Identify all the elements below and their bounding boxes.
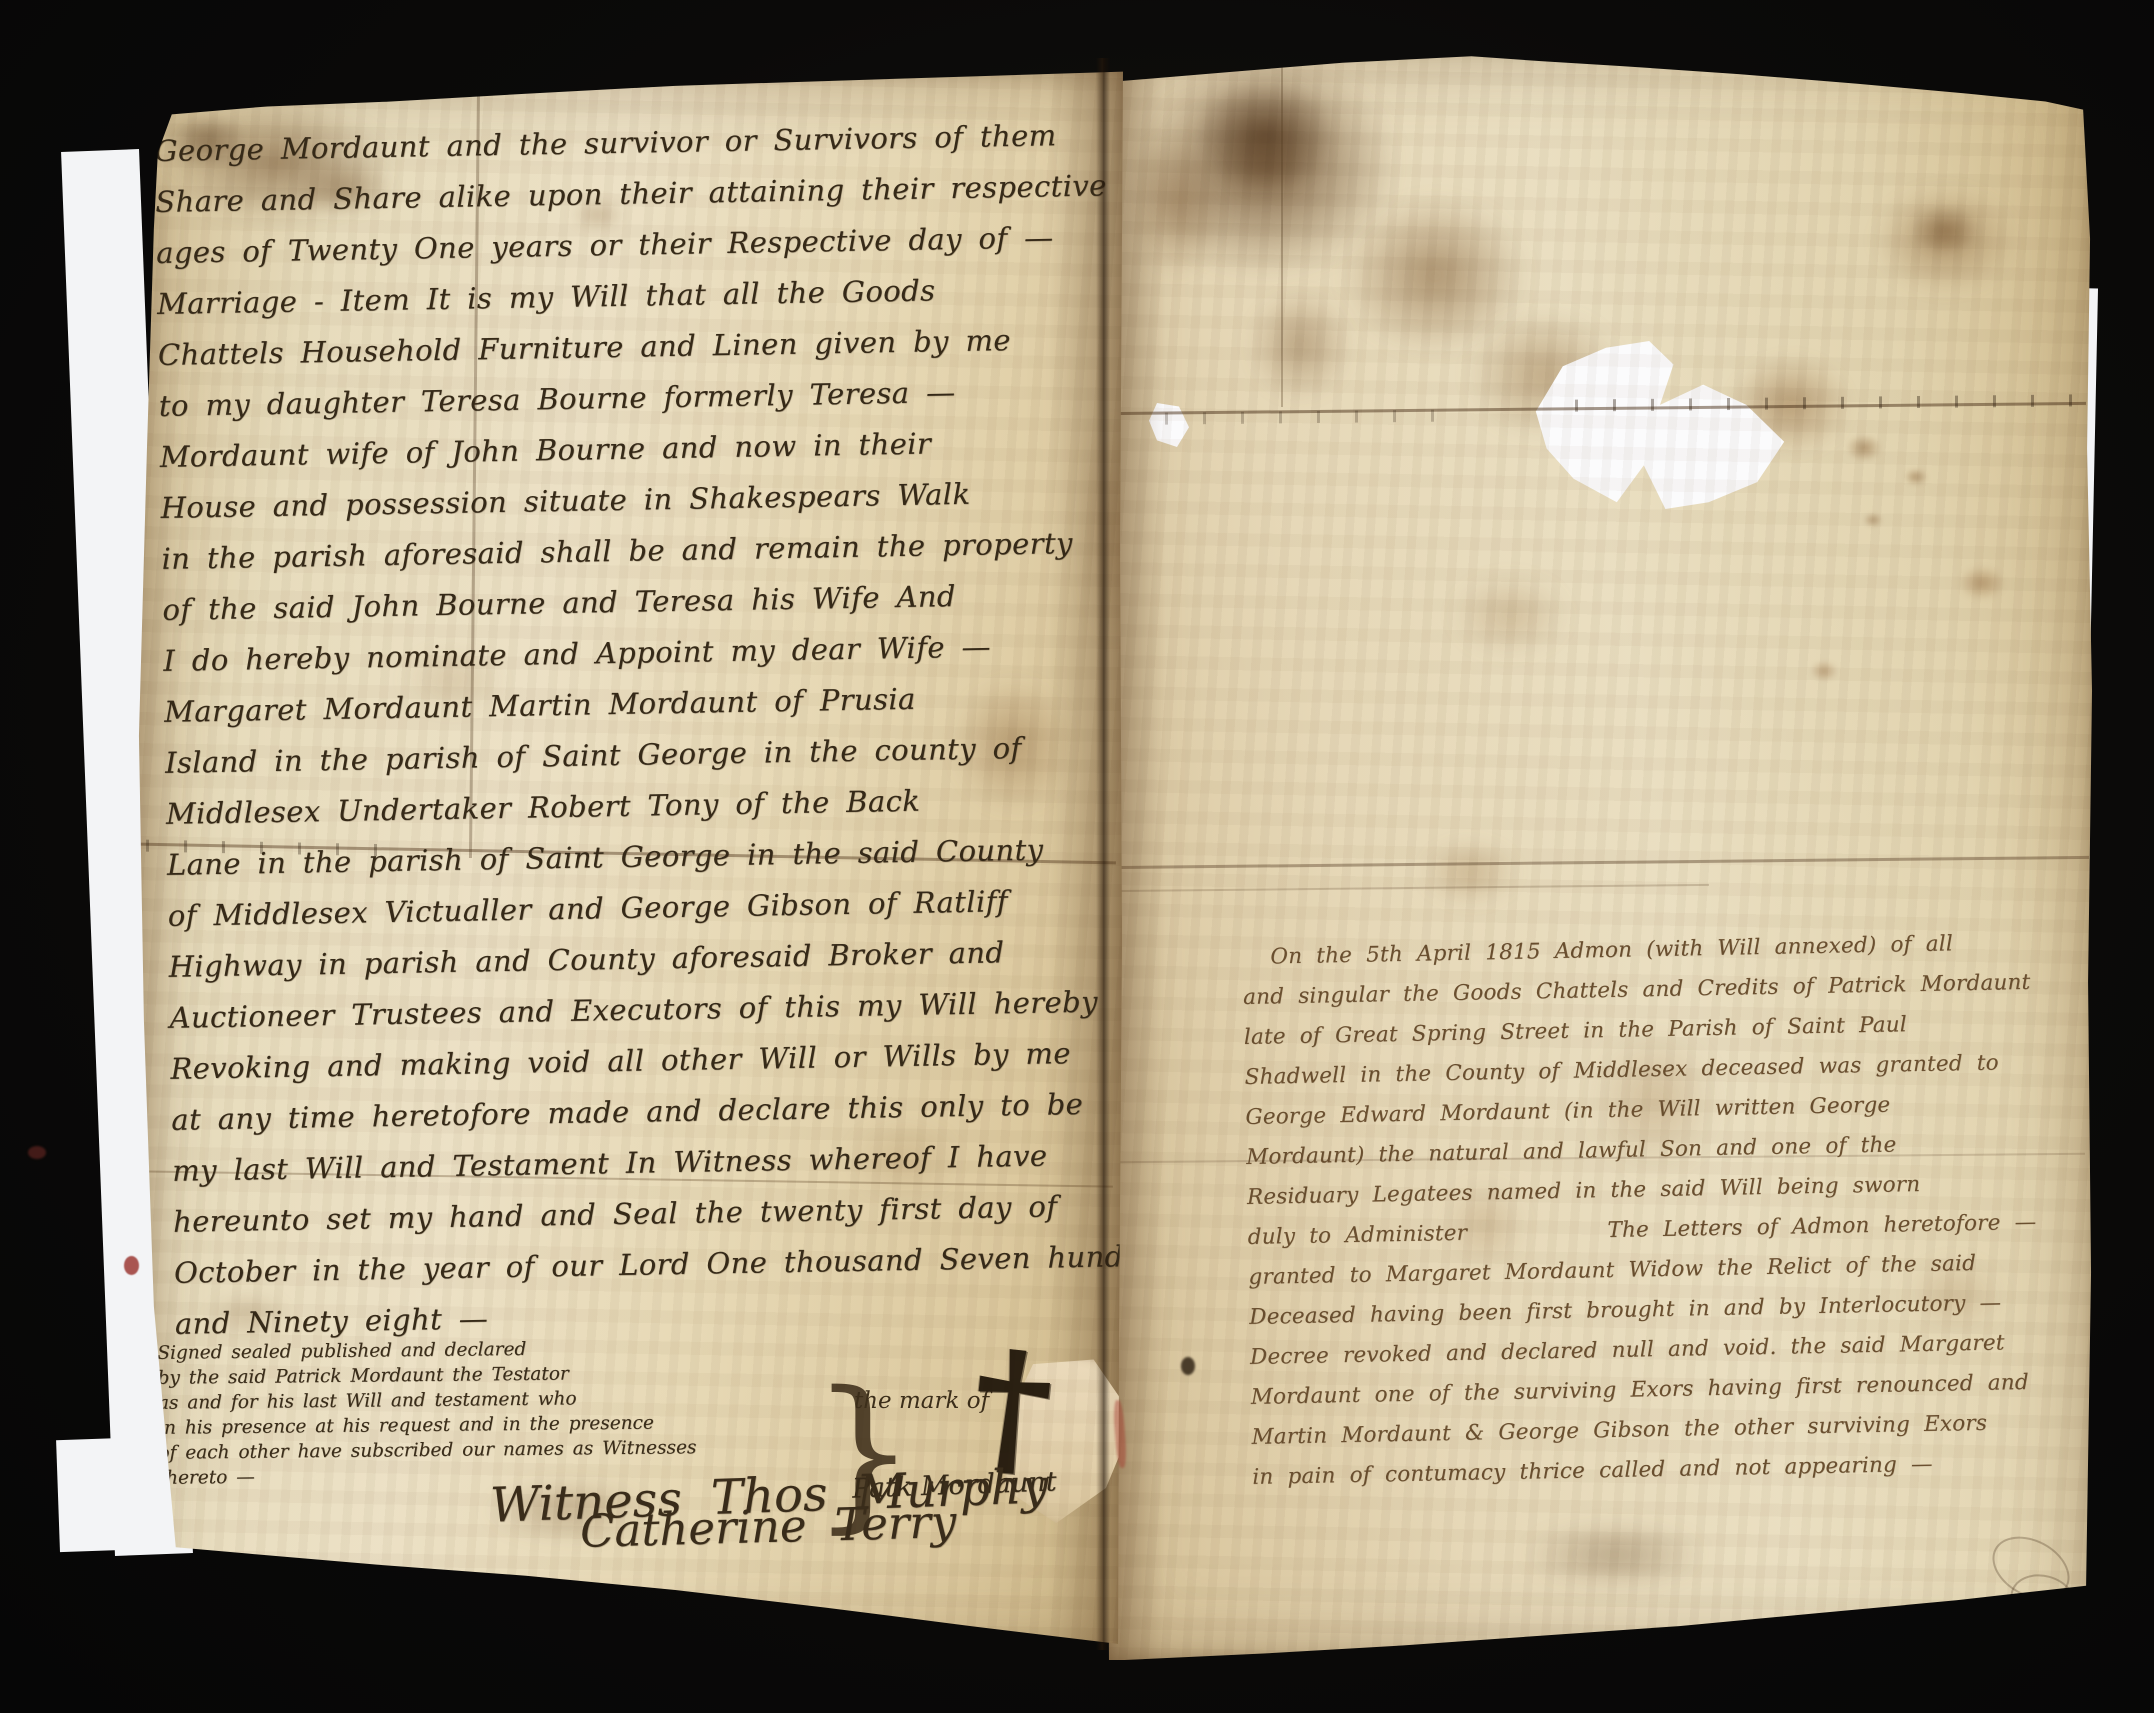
backing-sheet-left-corner <box>56 1436 185 1552</box>
stain <box>1105 105 1245 305</box>
stain <box>1840 430 1888 466</box>
red-mark <box>124 1256 139 1275</box>
attestation-clause: Signed sealed published and declared by … <box>157 1335 697 1491</box>
torn-hole-large <box>1525 341 1795 509</box>
manuscript-right-page: On the 5th April 1815 Admon (with Will a… <box>1105 45 2095 1660</box>
fold-crease-horizontal-right-page-middle-2 <box>1109 884 1709 892</box>
stain <box>1165 55 1365 215</box>
fold-crease-vertical-right-page <box>1281 57 1283 407</box>
will-body-text: George Mordaunt and the survivor or Surv… <box>154 109 1176 1350</box>
stain <box>1900 465 1932 489</box>
stain <box>1305 165 1565 385</box>
mark-of-label: the mark of <box>854 1388 989 1414</box>
photograph-of-manuscript: George Mordaunt and the survivor or Surv… <box>0 0 2154 1713</box>
torn-hole-small <box>1149 403 1189 447</box>
stain <box>1085 15 1445 315</box>
center-fold-seam <box>1096 58 1110 1650</box>
stain <box>1950 560 2014 606</box>
stain <box>1400 825 1540 920</box>
stain <box>1845 165 2045 315</box>
stain <box>1805 657 1843 685</box>
fold-crease-horizontal-right-page-middle <box>1109 856 2089 869</box>
pencil-flourish <box>1982 1524 2081 1612</box>
admon-grant-note: On the 5th April 1815 Admon (with Will a… <box>1242 923 2041 1498</box>
ink-blot <box>1181 1357 1195 1375</box>
manuscript-left-page: George Mordaunt and the survivor or Surv… <box>128 70 1123 1655</box>
stitch-marks <box>1165 409 1465 424</box>
stain <box>1895 195 1995 265</box>
stain <box>1860 510 1886 530</box>
red-mark <box>28 1146 46 1159</box>
witness-signature: Catherine Terry <box>579 1495 957 1558</box>
stain <box>1425 555 1595 675</box>
stain <box>1225 265 1375 425</box>
stain <box>1485 1510 1745 1600</box>
